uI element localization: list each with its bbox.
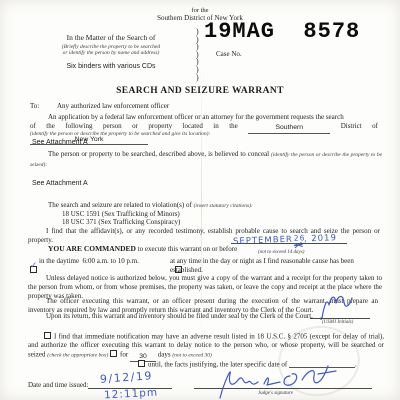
anytime-label: at any time in the day or night as I fin…	[170, 257, 382, 275]
handwritten-time-issued: 12:11pm	[104, 387, 159, 400]
execute-limit-note: (not to exceed 14 days)	[258, 250, 304, 255]
to-value: Any authorized law enforcement officer	[57, 102, 169, 111]
matter-block: In the Matter of the Search of (Briefly …	[30, 33, 192, 70]
initials-line	[310, 318, 370, 319]
bracket: )	[196, 74, 199, 82]
court-title-clipped: UNITED STATES DISTRICT COURT	[0, 0, 400, 5]
conceal-paragraph: The person or property to be searched, d…	[30, 150, 382, 170]
conceal-text: The person or property to be searched, d…	[48, 150, 271, 158]
application-line2-pre: of the following person or property loca…	[30, 122, 238, 130]
matter-instruction-2: or identify the person by name and addre…	[30, 50, 192, 56]
warrant-document-page: UNITED STATES DISTRICT COURT for the Sou…	[0, 0, 400, 400]
violations-note: (insert statutory citations):	[194, 203, 253, 209]
date-issued-label: Date and time issued:	[28, 381, 88, 390]
statute-2: 18 USC 371 (Sex Trafficking Conspiracy)	[62, 218, 180, 227]
attachment-a-2: See Attachment A	[32, 180, 88, 187]
crossed-out-scribble	[293, 241, 303, 249]
days-label: days	[156, 351, 172, 359]
bracket-column: ) ) ) ) ) ) )	[196, 28, 199, 81]
handwritten-year: , 2019	[304, 233, 337, 244]
delay-checkbox	[44, 332, 51, 339]
for-the-line: for the	[0, 7, 400, 14]
usmj-initials-label: (USMJ Initials)	[322, 320, 353, 325]
district-fill-in: Southern	[248, 124, 330, 134]
matter-heading: In the Matter of the Search of	[30, 33, 192, 42]
check-icon: ✓	[30, 261, 37, 271]
handwritten-month: SEPTEMBER	[233, 235, 293, 247]
case-no-label: Case No.	[216, 50, 242, 59]
district-of-label: District of	[341, 122, 378, 130]
daytime-checkbox: ✓	[30, 266, 37, 273]
for-label: for	[120, 351, 128, 359]
to-label: To:	[30, 102, 39, 111]
handwritten-date-issued: 9/12/19	[100, 369, 154, 386]
for-days-checkbox	[110, 350, 117, 357]
commanded-line: YOU ARE COMMANDED to execute this warran…	[48, 244, 237, 254]
violations-lead-text: The search and seizure are related to vi…	[48, 201, 194, 209]
attachment-a-1: See Attachment A	[32, 139, 88, 146]
matter-subject: Six binders with various CDs	[30, 63, 192, 70]
delay-check-note: (check the appropriate box)	[47, 353, 108, 359]
usmj-initials-scrawl	[316, 292, 364, 320]
daytime-label: in the daytime 6:00 a.m. to 10 p.m.	[39, 257, 139, 266]
commanded-bold: YOU ARE COMMANDED	[48, 244, 136, 253]
court-title: UNITED STATES DISTRICT COURT	[0, 0, 400, 3]
application-line1: An application by a federal law enforcem…	[30, 113, 378, 122]
case-number-stamp: 19MAG 8578	[204, 19, 360, 44]
page-title: SEARCH AND SEIZURE WARRANT	[0, 86, 400, 96]
until-checkbox	[138, 360, 145, 367]
commanded-rest: to execute this warrant on or before	[136, 245, 237, 253]
judge-signature-label: Judge's signature	[258, 391, 293, 396]
application-note: (identify the person or describe the pro…	[30, 131, 210, 137]
